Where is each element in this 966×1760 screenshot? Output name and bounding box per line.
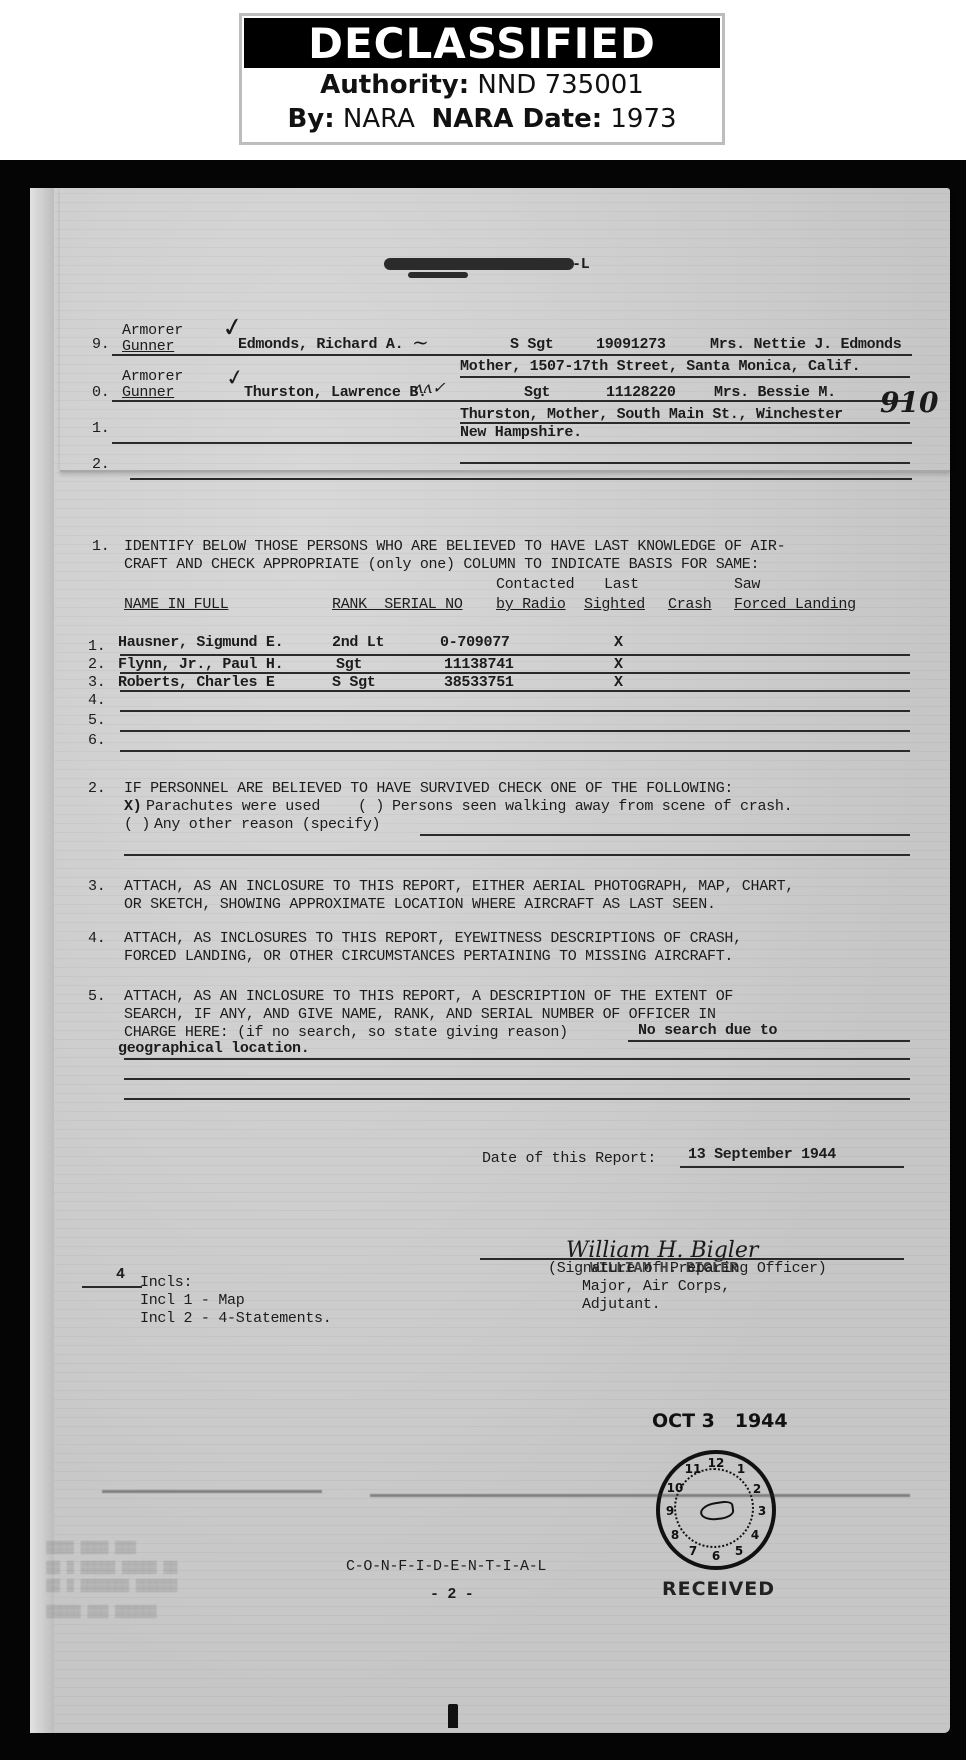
crew-position: Armorer — [122, 368, 183, 385]
form-line — [130, 478, 912, 480]
redacted-header — [384, 258, 574, 270]
section-number: 5. — [88, 988, 105, 1005]
crew-next-of-kin: Mrs. Bessie M. — [714, 384, 836, 401]
form-line — [112, 354, 912, 356]
section-number: 3. — [88, 878, 105, 895]
search-answer: geographical location. — [118, 1040, 309, 1057]
clock-number: 9 — [661, 1504, 679, 1518]
crew-next-of-kin-address: Thurston, Mother, South Main St., Winche… — [460, 406, 843, 423]
crew-row-number: 1. — [92, 420, 109, 437]
section-4-text: ATTACH, AS INCLOSURES TO THIS REPORT, EY… — [124, 930, 742, 947]
form-line — [124, 1098, 910, 1100]
table-cell-serial: 0-709077 — [440, 634, 510, 651]
column-header-rank-serial: RANK SERIAL NO — [332, 596, 463, 613]
redacted-header-scribble — [408, 272, 468, 278]
clock-number: 1 — [732, 1462, 750, 1476]
form-line — [124, 1078, 910, 1080]
authority-value: NND 735001 — [477, 70, 643, 100]
nara-date-label: NARA Date: — [431, 104, 602, 134]
table-row-number: 5. — [88, 712, 105, 729]
document-page: -L 9. Armorer Gunner ✓ Edmonds, Richard … — [30, 188, 950, 1733]
inclosures-label: Incls: — [140, 1274, 192, 1291]
received-stamp-date: OCT 3 1944 — [652, 1410, 788, 1432]
table-row-line — [120, 730, 910, 732]
table-cell-rank: Sgt — [336, 656, 362, 673]
crew-row-number: 9. — [92, 336, 109, 353]
handwritten-scribble: ~ — [412, 330, 429, 354]
column-header-crash: Crash — [668, 596, 712, 613]
bleed-through-line — [102, 1490, 322, 1493]
authority-line: Authority: NND 735001 — [242, 68, 722, 102]
column-header-sighted: Last — [604, 576, 639, 593]
crew-row-number: 2. — [92, 456, 109, 473]
option-parachutes-checkbox[interactable]: X) — [124, 798, 141, 815]
by-value: NARA — [343, 104, 415, 134]
clock-number: 4 — [746, 1528, 764, 1542]
crew-row-number: 0. — [92, 384, 109, 401]
form-line — [124, 1058, 910, 1060]
declassification-stamp: DECLASSIFIED Authority: NND 735001 By: N… — [239, 13, 725, 145]
crew-name: Thurston, Lawrence B. — [244, 384, 427, 401]
table-cell-name: Hausner, Sigmund E. — [118, 634, 283, 651]
clock-number: 5 — [730, 1544, 748, 1558]
declassified-title: DECLASSIFIED — [244, 18, 720, 68]
table-cell-serial: 11138741 — [444, 656, 514, 673]
clock-number: 6 — [707, 1549, 725, 1563]
section-number: 4. — [88, 930, 105, 947]
inclosure-count: 4 — [116, 1266, 125, 1283]
section-2-text: IF PERSONNEL ARE BELIEVED TO HAVE SURVIV… — [124, 780, 733, 797]
section-1-text: IDENTIFY BELOW THOSE PERSONS WHO ARE BEL… — [124, 538, 785, 555]
crew-position: Gunner — [122, 384, 174, 401]
table-row-number: 6. — [88, 732, 105, 749]
received-stamp-clock-icon: 12 1 2 3 4 5 6 7 8 9 10 11 — [656, 1450, 776, 1570]
table-cell-last-sighted: X — [614, 634, 623, 651]
section-3-text: OR SKETCH, SHOWING APPROXIMATE LOCATION … — [124, 896, 716, 913]
crew-next-of-kin: Mrs. Nettie J. Edmonds — [710, 336, 901, 353]
form-line — [460, 376, 910, 378]
crew-position: Armorer — [122, 322, 183, 339]
authority-label: Authority: — [320, 70, 469, 100]
scanned-page-background: -L 9. Armorer Gunner ✓ Edmonds, Richard … — [0, 160, 966, 1760]
section-3-text: ATTACH, AS AN INCLOSURE TO THIS REPORT, … — [124, 878, 794, 895]
form-line — [124, 854, 910, 856]
section-1-text: CRAFT AND CHECK APPROPRIATE (only one) C… — [124, 556, 759, 573]
clock-number: 10 — [666, 1481, 684, 1495]
crew-next-of-kin-state: New Hampshire. — [460, 424, 582, 441]
clock-number: 12 — [707, 1456, 725, 1470]
table-row-number: 3. — [88, 674, 105, 691]
crew-name: Edmonds, Richard A. — [238, 336, 403, 353]
signer-name-stamp: WILLIAM H. BIGLER — [590, 1260, 738, 1277]
column-header-landing: Saw — [734, 576, 760, 593]
crew-rank: S Sgt — [510, 336, 554, 353]
clock-number: 3 — [753, 1504, 771, 1518]
crew-position: Gunner — [122, 338, 174, 355]
bleed-through-stamp-text: ▒▒▒▒▒ ▒▒▒ ▒▒▒▒▒▒ — [46, 1604, 156, 1621]
section-number: 2. — [88, 780, 105, 797]
page-edge — [30, 188, 54, 1733]
column-header-name: NAME IN FULL — [124, 596, 228, 613]
crew-rank: Sgt — [524, 384, 550, 401]
clock-number: 7 — [684, 1544, 702, 1558]
report-date-label: Date of this Report: — [482, 1150, 656, 1167]
bleed-through-stamp-text: ▒▒▒▒ ▒▒▒▒ ▒▒▒ — [46, 1540, 136, 1557]
ink-blot — [448, 1704, 458, 1728]
option-other-checkbox[interactable]: ( ) — [124, 816, 150, 833]
bleed-through-stamp-text: ▒▒ ▒ ▒▒▒▒▒▒▒ ▒▒▒▒▒▒ — [46, 1578, 177, 1595]
clock-number: 11 — [684, 1462, 702, 1476]
form-line — [82, 1286, 142, 1288]
inclosure-item: Incl 1 - Map — [140, 1292, 244, 1309]
search-answer: No search due to — [638, 1022, 777, 1039]
by-label: By: — [287, 104, 334, 134]
bleed-through-stamp-text: ▒▒ ▒ ▒▒▒▒▒ ▒▒▒▒▒ ▒▒ — [46, 1560, 177, 1577]
section-number: 1. — [92, 538, 109, 555]
section-5-text: SEARCH, IF ANY, AND GIVE NAME, RANK, AND… — [124, 1006, 716, 1023]
form-line — [112, 400, 912, 402]
form-line — [420, 834, 910, 836]
table-row-line — [120, 710, 910, 712]
form-line — [460, 462, 910, 464]
signer-rank: Major, Air Corps, — [582, 1278, 730, 1295]
report-date-value: 13 September 1944 — [688, 1146, 836, 1163]
option-other-label: Any other reason (specify) — [154, 816, 380, 833]
table-cell-rank: S Sgt — [332, 674, 376, 691]
section-5-text: ATTACH, AS AN INCLOSURE TO THIS REPORT, … — [124, 988, 733, 1005]
table-cell-last-sighted: X — [614, 656, 623, 673]
handwritten-margin-note: 910 — [880, 386, 938, 419]
nara-date-value: 1973 — [610, 104, 676, 134]
column-header-landing: Forced Landing — [734, 596, 856, 613]
handwritten-scribble: ʌʌ✓ — [414, 378, 445, 397]
table-cell-name: Flynn, Jr., Paul H. — [118, 656, 283, 673]
clock-number: 8 — [666, 1528, 684, 1542]
option-walking-checkbox[interactable]: ( ) — [358, 798, 384, 815]
option-check-mark: X — [124, 798, 133, 815]
column-header-radio: Contacted — [496, 576, 574, 593]
header-suffix: -L — [572, 256, 589, 273]
signer-title: Adjutant. — [582, 1296, 660, 1313]
table-row-number: 1. — [88, 638, 105, 655]
form-line — [680, 1166, 904, 1168]
table-cell-name: Roberts, Charles E — [118, 674, 275, 691]
inclosure-item: Incl 2 - 4-Statements. — [140, 1310, 331, 1327]
nara-line: By: NARA NARA Date: 1973 — [242, 102, 722, 136]
table-row-line — [120, 690, 910, 692]
footer-classification: C-O-N-F-I-D-E-N-T-I-A-L — [346, 1558, 546, 1575]
crew-next-of-kin-address: Mother, 1507-17th Street, Santa Monica, … — [460, 358, 860, 375]
table-cell-last-sighted: X — [614, 674, 623, 691]
crew-serial: 19091273 — [596, 336, 666, 353]
column-header-radio: by Radio — [496, 596, 566, 613]
section-5-text: CHARGE HERE: (if no search, so state giv… — [124, 1024, 568, 1041]
table-row-number: 2. — [88, 656, 105, 673]
table-cell-rank: 2nd Lt — [332, 634, 384, 651]
option-walking-label: Persons seen walking away from scene of … — [392, 798, 792, 815]
crew-serial: 11128220 — [606, 384, 676, 401]
bleed-through-line — [370, 1494, 910, 1497]
page-number: - 2 - — [430, 1586, 474, 1603]
option-parachutes-label: Parachutes were used — [146, 798, 320, 815]
table-row-line — [120, 750, 910, 752]
form-line — [112, 442, 912, 444]
received-stamp-label: RECEIVED — [662, 1578, 775, 1600]
section-4-text: FORCED LANDING, OR OTHER CIRCUMSTANCES P… — [124, 948, 733, 965]
column-header-sighted: Sighted — [584, 596, 645, 613]
form-line — [628, 1040, 910, 1042]
table-row-number: 4. — [88, 692, 105, 709]
table-cell-serial: 38533751 — [444, 674, 514, 691]
